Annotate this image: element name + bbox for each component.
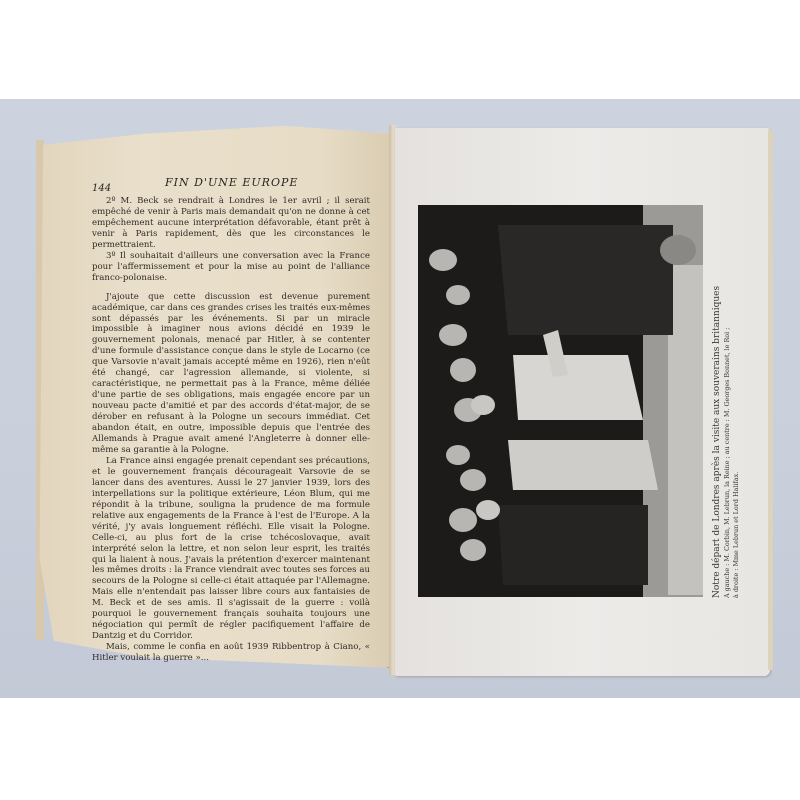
paragraph: La France ainsi engagée prenait cependan… bbox=[92, 456, 370, 642]
photo-caption: Notre départ de Londres après la visite … bbox=[712, 206, 741, 598]
caption-line: A gauche : M. Corbin, M. Lebrun, la Rein… bbox=[723, 206, 732, 598]
historical-photograph bbox=[418, 205, 703, 597]
caption-title: Notre départ de Londres après la visite … bbox=[712, 206, 723, 598]
running-head: FIN D'UNE EUROPE bbox=[165, 176, 298, 189]
paragraph: J'ajoute que cette discussion est devenu… bbox=[92, 292, 370, 456]
paragraph: 2º M. Beck se rendrait à Londres le 1er … bbox=[92, 196, 370, 251]
body-text: 2º M. Beck se rendrait à Londres le 1er … bbox=[92, 196, 370, 664]
right-page-edge bbox=[768, 130, 773, 670]
paragraph: Mais, comme le confia en août 1939 Ribbe… bbox=[92, 642, 370, 664]
page-number: 144 bbox=[92, 183, 111, 194]
caption-line: à droite : Mme Lebrun et Lord Halifax. bbox=[732, 206, 741, 598]
paragraph: 3º Il souhaitait d'ailleurs une conversa… bbox=[92, 251, 370, 284]
photo-illustration bbox=[418, 205, 703, 597]
